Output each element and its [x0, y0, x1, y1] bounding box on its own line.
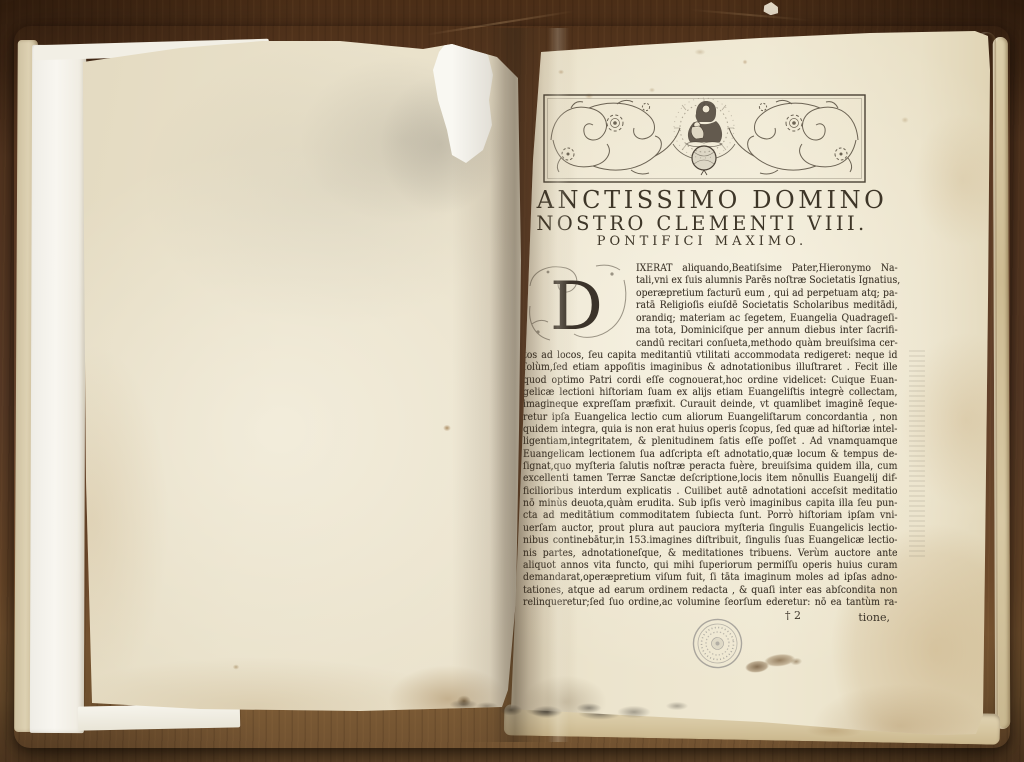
text-line: tali,vni ex ſuis alumnis Parēs noſtræ So…: [636, 274, 898, 286]
text-line: ſignat,quo myſteria ſalutis noſtræ perac…: [523, 460, 897, 472]
dedication-title-line-3: PONTIFICI MAXIMO.: [513, 234, 891, 249]
text-line: ſolùm,ſed etiam appoſitis imaginibus & a…: [523, 361, 897, 373]
text-line: quod optimo Patri cordi eſſe cognouerat,…: [523, 374, 897, 386]
text-line: aliquot annos vita functo, qui mihi ſupe…: [523, 559, 897, 571]
signature-mark: † 2: [785, 609, 801, 622]
text-line: Euangelicam lectionem ſua adſcripta eſt …: [523, 448, 897, 460]
text-line: nis partes, adnotationeſque, & meditatio…: [523, 547, 897, 559]
show-through-marks: [909, 350, 925, 560]
text-line: gelicæ lectioni hiſtoriam ſuam ex alijs …: [523, 386, 897, 398]
text-line: candū recitari conſueta,methodo quàm bre…: [636, 337, 898, 349]
drop-cap-letter: D: [550, 268, 603, 345]
library-stamp-icon: [688, 614, 748, 674]
dedication-title-line-2: NOSTRO CLEMENTI VIII.: [513, 212, 891, 235]
text-line: ligentiam,integritatem, & plenitudinem ſ…: [523, 435, 897, 447]
headpiece-madonna-and-child-engraving: [543, 94, 866, 183]
wood-scratch: [690, 9, 810, 21]
text-line: nibus continebātur,in 153.imagines diſtr…: [523, 534, 897, 546]
dedication-opening-lines: IXERAT aliquando,Beatiſsime Pater,Hieron…: [636, 262, 898, 349]
scrollwork-left: [551, 100, 680, 174]
text-line: demandarat,operæpretium viſum fuit, ſi t…: [523, 571, 897, 583]
text-line: operæpretium facturū eum , qui ad perpet…: [636, 287, 898, 299]
text-line: imagineque expreſſam præfixit. Curauit d…: [523, 398, 897, 410]
text-line: cta ad meditātium commoditatem ſubiecta …: [523, 509, 897, 521]
text-line: ma tota, Dominiciſque per annum diebus i…: [636, 324, 898, 336]
white-flyleaf-edge: [30, 45, 86, 733]
text-line: relinqueretur;ſed ſuo ordine,ac volumine…: [523, 596, 897, 608]
text-line: tos ad locos, ſeu capita meditantiū vtil…: [523, 349, 897, 361]
dedication-title-line-1: SANCTISSIMO DOMINO: [513, 186, 891, 214]
text-line: IXERAT aliquando,Beatiſsime Pater,Hieron…: [636, 262, 898, 274]
drop-cap-initial-D: D: [524, 260, 630, 346]
text-line: retur ipſa Euangelica lectio cum aliorum…: [523, 411, 897, 423]
catchword: tione,: [858, 611, 890, 624]
brown-stain-blot: [743, 650, 803, 676]
scrollwork-right: [729, 100, 858, 174]
photo-open-antique-book: SANCTISSIMO DOMINO NOSTRO CLEMENTI VIII.…: [0, 0, 1024, 762]
text-line: quidem integra, quia is non erat huius o…: [523, 423, 897, 435]
text-line: tationes, atque ad earum ordinem redacta…: [523, 584, 897, 596]
text-line: orandiq; materiam ac ſegetem, Euangelia …: [636, 312, 898, 324]
text-line: ficilioribus interdum explicatis . Cuili…: [523, 485, 897, 497]
text-line: nō minùs deuota,quàm erudita. Sub ipſis …: [523, 497, 897, 509]
text-line: ratā Religioſis eiuſdē Societatis Schola…: [636, 299, 898, 311]
text-line: uerſam auctor, prout plura aut pauciora …: [523, 522, 897, 534]
gutter-grime: [499, 692, 704, 719]
text-line: excellenti tamen Terræ Sanctæ deſcriptio…: [523, 472, 897, 484]
dedication-body-lines: tos ad locos, ſeu capita meditantiū vtil…: [523, 349, 897, 608]
madonna-and-child-icon: [673, 98, 735, 175]
